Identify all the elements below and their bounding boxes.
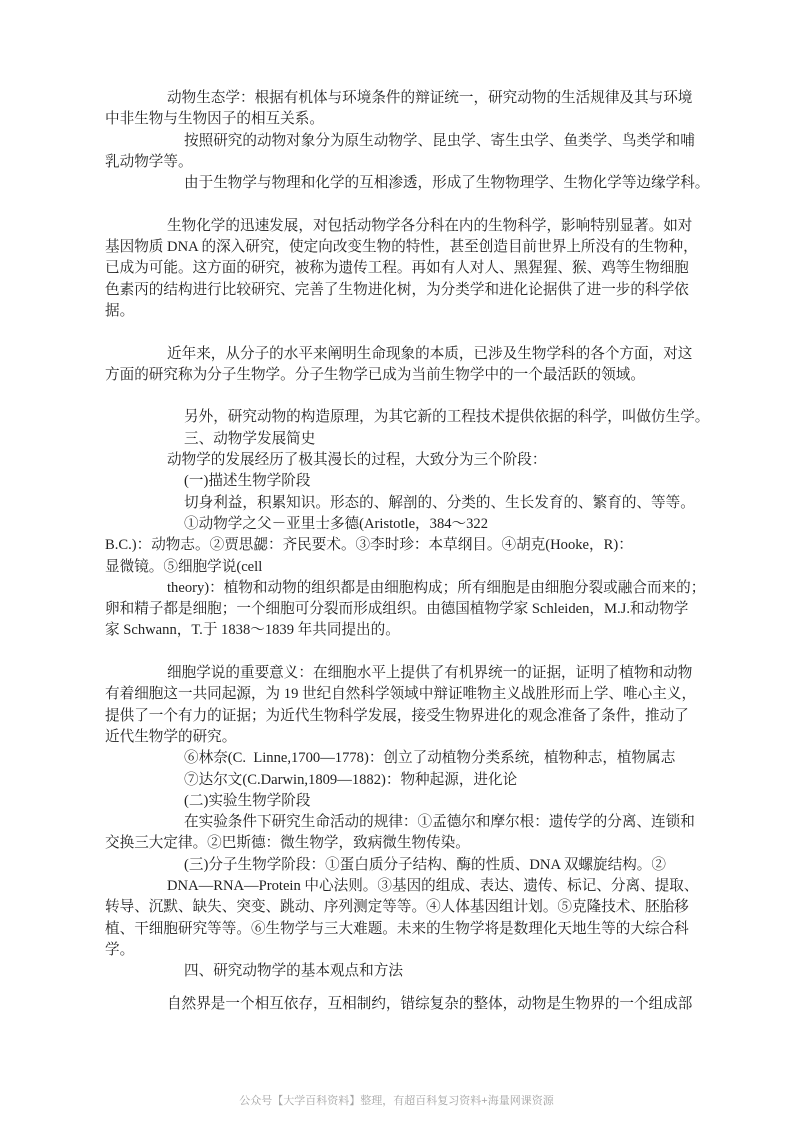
text-line: 乳动物学等。 [105, 152, 691, 173]
text-line: DNA—RNA—Protein 中心法则。③基因的组成、表达、遗传、标记、分离、… [105, 876, 691, 897]
text-line: 卵和精子都是细胞；一个细胞可分裂而形成组织。由德国植物学家 Schleiden，… [105, 599, 691, 620]
text-line: 家 Schwann，T.于 1838～1839 年共同提出的。 [105, 620, 691, 641]
document-lines: 动物生态学：根据有机体与环境条件的辩证统一，研究动物的生活规律及其与环境中非生物… [105, 88, 691, 1016]
text-line: (一)描述生物学阶段 [105, 471, 691, 492]
text-line: 转导、沉默、缺失、突变、跳动、序列测定等等。④人体基因组计划。⑤克隆技术、胚胎移 [105, 897, 691, 918]
blank-line [105, 386, 691, 407]
text-line: 另外，研究动物的构造原理，为其它新的工程技术提供依据的科学，叫做仿生学。 [105, 407, 691, 428]
text-line: 动物学的发展经历了极其漫长的过程，大致分为三个阶段： [105, 450, 691, 471]
text-line: 色素丙的结构进行比较研究、完善了生物进化树，为分类学和进化论据供了进一步的科学依 [105, 280, 691, 301]
text-line: 提供了一个有力的证据；为近代生物科学发展，接受生物界进化的观念准备了条件，推动了 [105, 706, 691, 727]
text-line: 近年来，从分子的水平来阐明生命现象的本质，已涉及生物学科的各个方面，对这 [105, 344, 691, 365]
page-footer-watermark: 公众号【大学百科资料】整理，有超百科复习资料+海量网课资源 [0, 1094, 793, 1108]
text-line: 按照研究的动物对象分为原生动物学、昆虫学、寄生虫学、鱼类学、鸟类学和哺 [105, 131, 691, 152]
text-line: 近代生物学的研究。 [105, 727, 691, 748]
text-line: 生物化学的迅速发展，对包括动物学各分科在内的生物科学，影响特别显著。如对 [105, 216, 691, 237]
text-line: 由于生物学与物理和化学的互相渗透，形成了生物物理学、生物化学等边缘学科。 [105, 173, 691, 194]
text-line: 中非生物与生物因子的相互关系。 [105, 109, 691, 130]
text-line: theory)：植物和动物的组织都是由细胞构成；所有细胞是由细胞分裂或融合而来的… [105, 578, 691, 599]
blank-line [105, 322, 691, 343]
text-line: (三)分子生物学阶段：①蛋白质分子结构、酶的性质、DNA 双螺旋结构。② [105, 855, 691, 876]
document-page: 动物生态学：根据有机体与环境条件的辩证统一，研究动物的生活规律及其与环境中非生物… [0, 0, 793, 1122]
text-line: ①动物学之父－亚里士多德(Aristotle，384～322 [105, 514, 691, 535]
text-line: 学。 [105, 940, 691, 961]
text-line: 在实验条件下研究生命活动的规律：①孟德尔和摩尔根：遗传学的分离、连锁和 [105, 812, 691, 833]
text-line: 已成为可能。这方面的研究，被称为遗传工程。再如有人对人、黑猩猩、猴、鸡等生物细胞 [105, 258, 691, 279]
text-line: 植、干细胞研究等等。⑥生物学与三大难题。未来的生物学将是数理化天地生等的大综合科 [105, 919, 691, 940]
text-line: 有着细胞这一共同起源，为 19 世纪自然科学领域中辩证唯物主义战胜形而上学、唯心… [105, 684, 691, 705]
text-line: 自然界是一个相互依存，互相制约，错综复杂的整体，动物是生物界的一个组成部 [105, 994, 691, 1015]
text-line: 基因物质 DNA 的深入研究，使定向改变生物的特性，甚至创造目前世界上所没有的生… [105, 237, 691, 258]
text-line: 切身利益，积累知识。形态的、解剖的、分类的、生长发育的、繁育的、等等。 [105, 493, 691, 514]
text-line: 据。 [105, 301, 691, 322]
blank-line [105, 194, 691, 215]
text-line: 三、动物学发展简史 [105, 429, 691, 450]
text-line: 四、研究动物学的基本观点和方法 [105, 961, 691, 982]
text-line: 动物生态学：根据有机体与环境条件的辩证统一，研究动物的生活规律及其与环境 [105, 88, 691, 109]
text-line: 细胞学说的重要意义：在细胞水平上提供了有机界统一的证据，证明了植物和动物 [105, 663, 691, 684]
blank-line [105, 982, 691, 994]
blank-line [105, 642, 691, 663]
text-line: ⑥林奈(C. Linne,1700—1778)：创立了动植物分类系统，植物种志，… [105, 748, 691, 769]
text-line: 方面的研究称为分子生物学。分子生物学已成为当前生物学中的一个最活跃的领域。 [105, 365, 691, 386]
text-line: (二)实验生物学阶段 [105, 791, 691, 812]
text-line: ⑦达尔文(C.Darwin,1809—1882)：物种起源，进化论 [105, 770, 691, 791]
text-line: 交换三大定律。②巴斯德：微生物学，致病微生物传染。 [105, 833, 691, 854]
text-line: 显微镜。⑤细胞学说(cell [105, 557, 691, 578]
text-line: B.C.)：动物志。②贾思勰：齐民要术。③李时珍：本草纲目。④胡克(Hooke，… [105, 535, 691, 556]
